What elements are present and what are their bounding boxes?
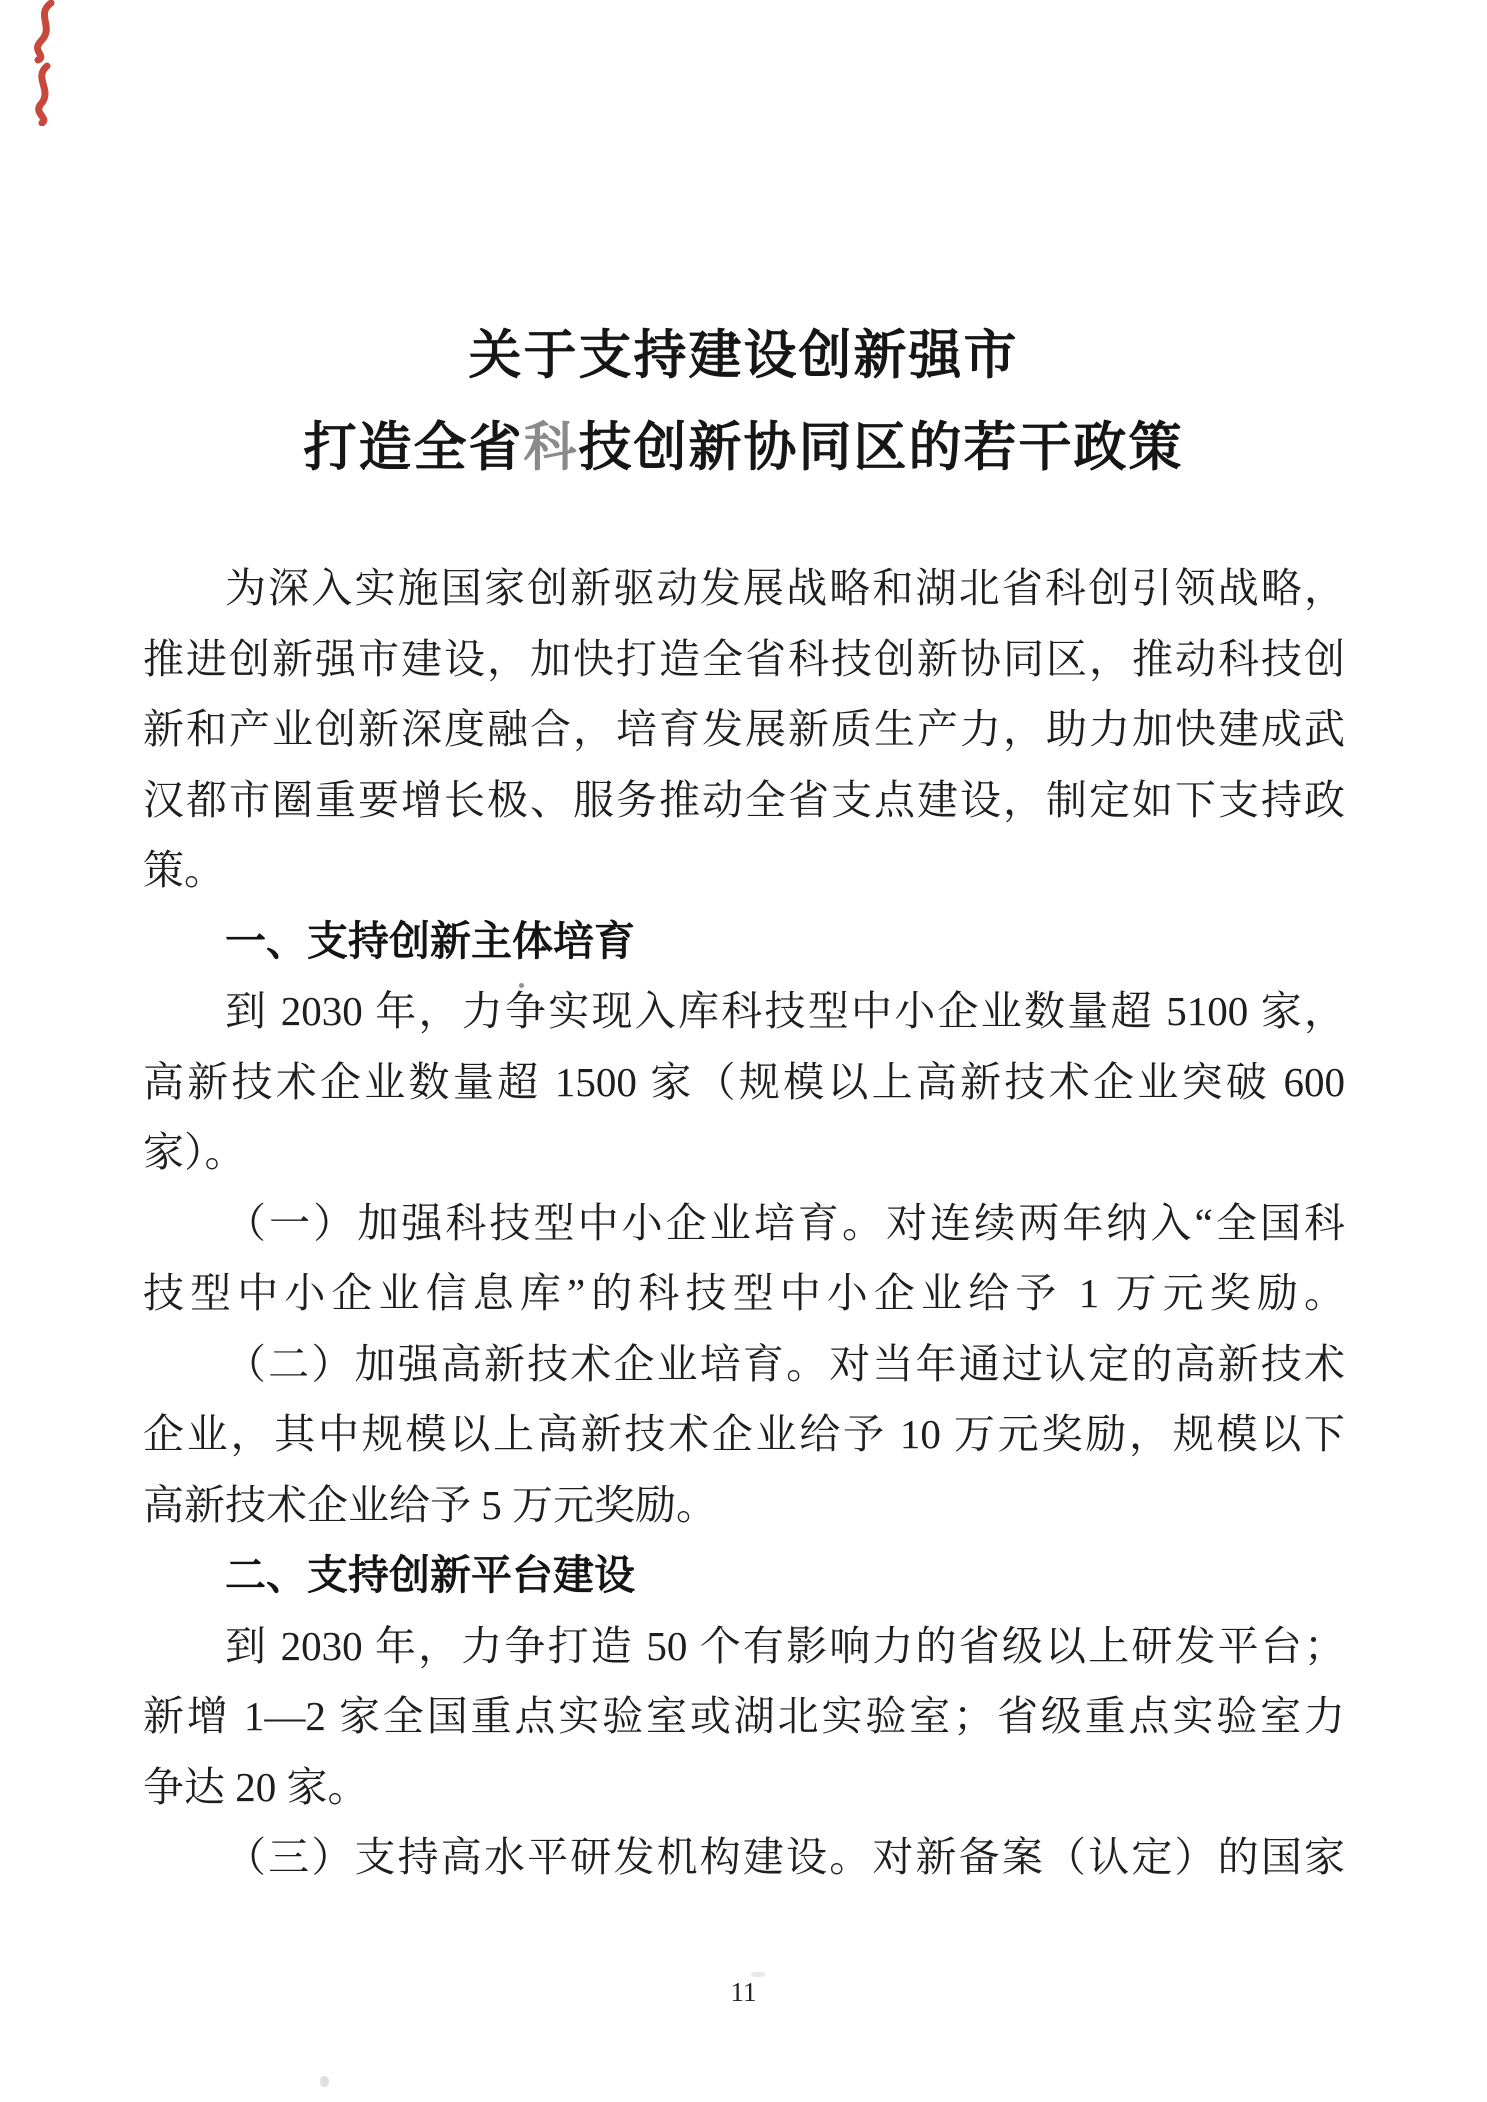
paragraph-line: 新增 1—2 家全国重点实验室或湖北实验室；省级重点实验室力 [143,1681,1345,1752]
document-body: 为深入实施国家创新驱动发展战略和湖北省科创引领战略， 推进创新强市建设，加快打造… [143,553,1345,1893]
paragraph-line: 到 2030 年，力争打造 50 个有影响力的省级以上研发平台； [143,1611,1345,1682]
paragraph-line: 争达 20 家。 [143,1752,1345,1823]
title-line-1: 关于支持建设创新强市 [0,310,1487,402]
section-heading-2: 二、支持创新平台建设 [143,1540,1345,1611]
title-line-2-pre: 打造全省 [304,419,524,477]
document-title: 关于支持建设创新强市 打造全省科技创新协同区的若干政策 [0,310,1487,494]
scan-speck [519,983,524,988]
page-number: 11 [0,1977,1487,2007]
title-line-2: 打造全省科技创新协同区的若干政策 [0,402,1487,494]
scanned-document-page: 关于支持建设创新强市 打造全省科技创新协同区的若干政策 为深入实施国家创新驱动发… [0,0,1487,2102]
section-heading-1: 一、支持创新主体培育 [143,906,1345,977]
paragraph-line: （二）加强高新技术企业培育。对当年通过认定的高新技术 [143,1329,1345,1400]
paragraph-line: 到 2030 年，力争实现入库科技型中小企业数量超 5100 家， [143,976,1345,1047]
paragraph-line: 家）。 [143,1117,1345,1188]
paragraph-line: 策。 [143,835,1345,906]
scan-speck [320,2076,329,2087]
paragraph-line: （一）加强科技型中小企业培育。对连续两年纳入“全国科 [143,1188,1345,1259]
paragraph-line: 推进创新强市建设，加快打造全省科技创新协同区，推动科技创 [143,624,1345,695]
paragraph-line: 新和产业创新深度融合，培育发展新质生产力，助力加快建成武 [143,694,1345,765]
paragraph-line: 汉都市圈重要增长极、服务推动全省支点建设，制定如下支持政 [143,765,1345,836]
paragraph-line: 企业，其中规模以上高新技术企业给予 10 万元奖励，规模以下 [143,1399,1345,1470]
paragraph-line: 为深入实施国家创新驱动发展战略和湖北省科创引领战略， [143,553,1345,624]
paragraph-line: 高新技术企业数量超 1500 家（规模以上高新技术企业突破 600 [143,1047,1345,1118]
red-pen-mark-icon [20,0,68,126]
title-line-2-faded-char: 科 [524,419,579,477]
paragraph-line: 技型中小企业信息库”的科技型中小企业给予 1 万元奖励。 [143,1258,1345,1329]
paragraph-line: 高新技术企业给予 5 万元奖励。 [143,1470,1345,1541]
title-line-2-post: 技创新协同区的若干政策 [579,419,1184,477]
paragraph-line: （三）支持高水平研发机构建设。对新备案（认定）的国家 [143,1822,1345,1893]
